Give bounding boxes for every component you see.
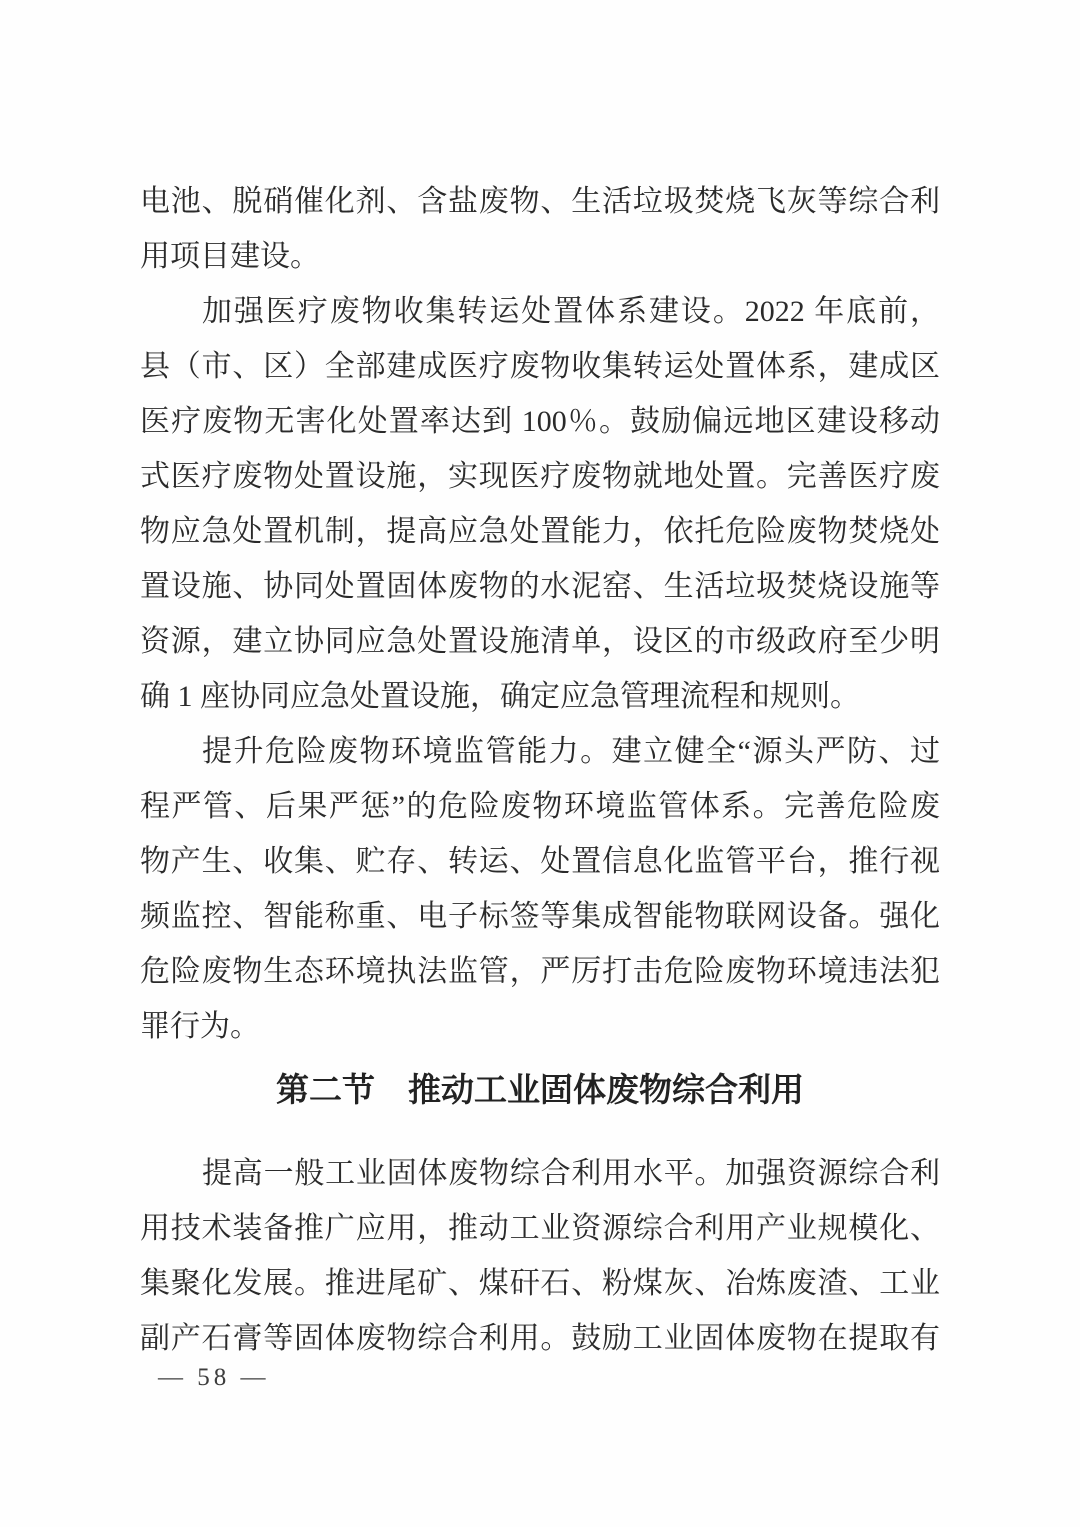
body-text-lower: 提高一般工业固体废物综合利用水平。加强资源综合利 用技术装备推广应用，推动工业资… [140,1146,940,1366]
body-line: 电池、脱硝催化剂、含盐废物、生活垃圾焚烧飞灰等综合利 [140,174,940,229]
section-heading: 第二节 推动工业固体废物综合利用 [140,1062,940,1117]
body-line: 式医疗废物处置设施，实现医疗废物就地处置。完善医疗废 [140,449,940,504]
body-line: 物应急处置机制，提高应急处置能力，依托危险废物焚烧处 [140,504,940,559]
body-line: 罪行为。 [140,999,940,1054]
document-page: 电池、脱硝催化剂、含盐废物、生活垃圾焚烧飞灰等综合利 用项目建设。 加强医疗废物… [0,0,1080,1527]
body-line: 提高一般工业固体废物综合利用水平。加强资源综合利 [140,1146,940,1201]
body-line: 集聚化发展。推进尾矿、煤矸石、粉煤灰、冶炼废渣、工业 [140,1256,940,1311]
body-line: 加强医疗废物收集转运处置体系建设。2022 年底前， [140,284,940,339]
body-line: 置设施、协同处置固体废物的水泥窑、生活垃圾焚烧设施等 [140,559,940,614]
body-line: 医疗废物无害化处置率达到 100％。鼓励偏远地区建设移动 [140,394,940,449]
body-line: 频监控、智能称重、电子标签等集成智能物联网设备。强化 [140,889,940,944]
body-line: 提升危险废物环境监管能力。建立健全“源头严防、过 [140,724,940,779]
body-line: 县（市、区）全部建成医疗废物收集转运处置体系，建成区 [140,339,940,394]
body-line: 确 1 座协同应急处置设施，确定应急管理流程和规则。 [140,669,940,724]
body-text-upper: 电池、脱硝催化剂、含盐废物、生活垃圾焚烧飞灰等综合利 用项目建设。 加强医疗废物… [140,174,940,1054]
body-line: 物产生、收集、贮存、转运、处置信息化监管平台，推行视 [140,834,940,889]
body-line: 用技术装备推广应用，推动工业资源综合利用产业规模化、 [140,1201,940,1256]
body-line: 用项目建设。 [140,229,940,284]
body-line: 程严管、后果严惩”的危险废物环境监管体系。完善危险废 [140,779,940,834]
body-line: 危险废物生态环境执法监管，严厉打击危险废物环境违法犯 [140,944,940,999]
body-line: 资源，建立协同应急处置设施清单，设区的市级政府至少明 [140,614,940,669]
page-number: — 58 — [158,1358,270,1398]
